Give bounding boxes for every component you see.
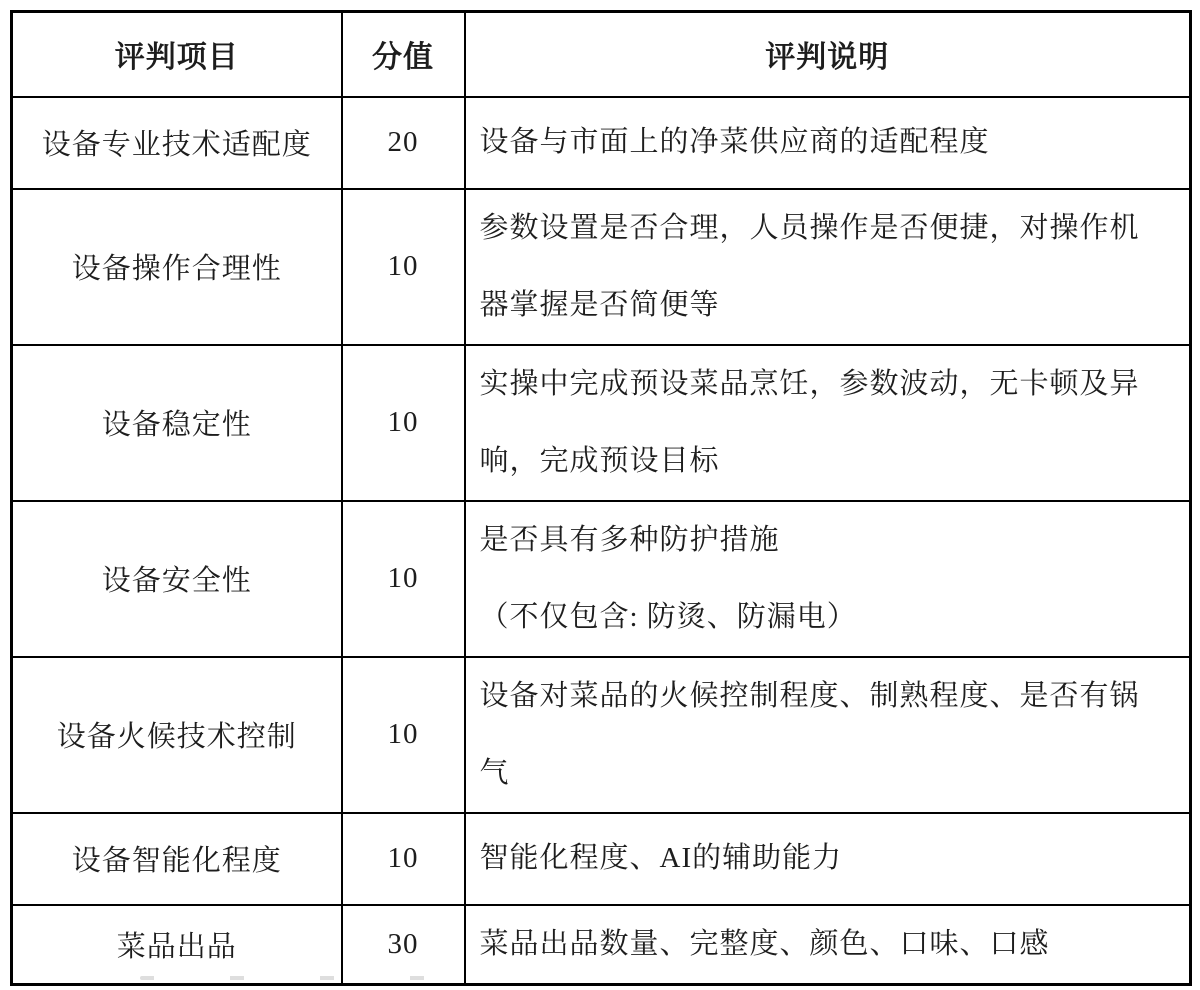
row-item-cell: 设备安全性 [12,501,342,657]
row-item-cell: 设备智能化程度 [12,813,342,905]
row-score-cell: 30 [342,905,465,985]
row-item-cell: 菜品出品 [12,905,342,985]
row-score-cell: 10 [342,657,465,813]
evaluation-criteria-table: 评判项目 分值 评判说明 设备专业技术适配度 20 设备与市面上的净菜供应商的适… [10,10,1192,986]
row-desc-cell: 设备与市面上的净菜供应商的适配程度 [465,97,1191,189]
row-desc-cell: 设备对菜品的火候控制程度、制熟程度、是否有锅 气 [465,657,1191,813]
row-score-cell: 10 [342,813,465,905]
row-desc-cell: 智能化程度、AI的辅助能力 [465,813,1191,905]
row-score-cell: 10 [342,501,465,657]
row-item-cell: 设备操作合理性 [12,189,342,345]
table-row: 设备稳定性 10 实操中完成预设菜品烹饪，参数波动，无卡顿及异 响，完成预设目标 [12,345,1191,501]
row-item-cell: 设备专业技术适配度 [12,97,342,189]
table-row: 设备专业技术适配度 20 设备与市面上的净菜供应商的适配程度 [12,97,1191,189]
header-item: 评判项目 [12,12,342,97]
table-row: 设备智能化程度 10 智能化程度、AI的辅助能力 [12,813,1191,905]
row-score-cell: 10 [342,189,465,345]
row-desc-cell: 菜品出品数量、完整度、颜色、口味、口感 [465,905,1191,985]
row-desc-cell: 是否具有多种防护措施 （不仅包含: 防烫、防漏电） [465,501,1191,657]
scan-smudge [140,976,490,980]
row-score-cell: 10 [342,345,465,501]
row-item-cell: 设备稳定性 [12,345,342,501]
row-desc-cell: 实操中完成预设菜品烹饪，参数波动，无卡顿及异 响，完成预设目标 [465,345,1191,501]
header-score: 分值 [342,12,465,97]
row-score-cell: 20 [342,97,465,189]
header-desc: 评判说明 [465,12,1191,97]
table-row: 设备火候技术控制 10 设备对菜品的火候控制程度、制熟程度、是否有锅 气 [12,657,1191,813]
row-desc-cell: 参数设置是否合理，人员操作是否便捷，对操作机 器掌握是否简便等 [465,189,1191,345]
table-row: 菜品出品 30 菜品出品数量、完整度、颜色、口味、口感 [12,905,1191,985]
table-row: 设备操作合理性 10 参数设置是否合理，人员操作是否便捷，对操作机 器掌握是否简… [12,189,1191,345]
document-page: 评判项目 分值 评判说明 设备专业技术适配度 20 设备与市面上的净菜供应商的适… [0,0,1200,990]
row-item-cell: 设备火候技术控制 [12,657,342,813]
table-header-row: 评判项目 分值 评判说明 [12,12,1191,97]
table-row: 设备安全性 10 是否具有多种防护措施 （不仅包含: 防烫、防漏电） [12,501,1191,657]
